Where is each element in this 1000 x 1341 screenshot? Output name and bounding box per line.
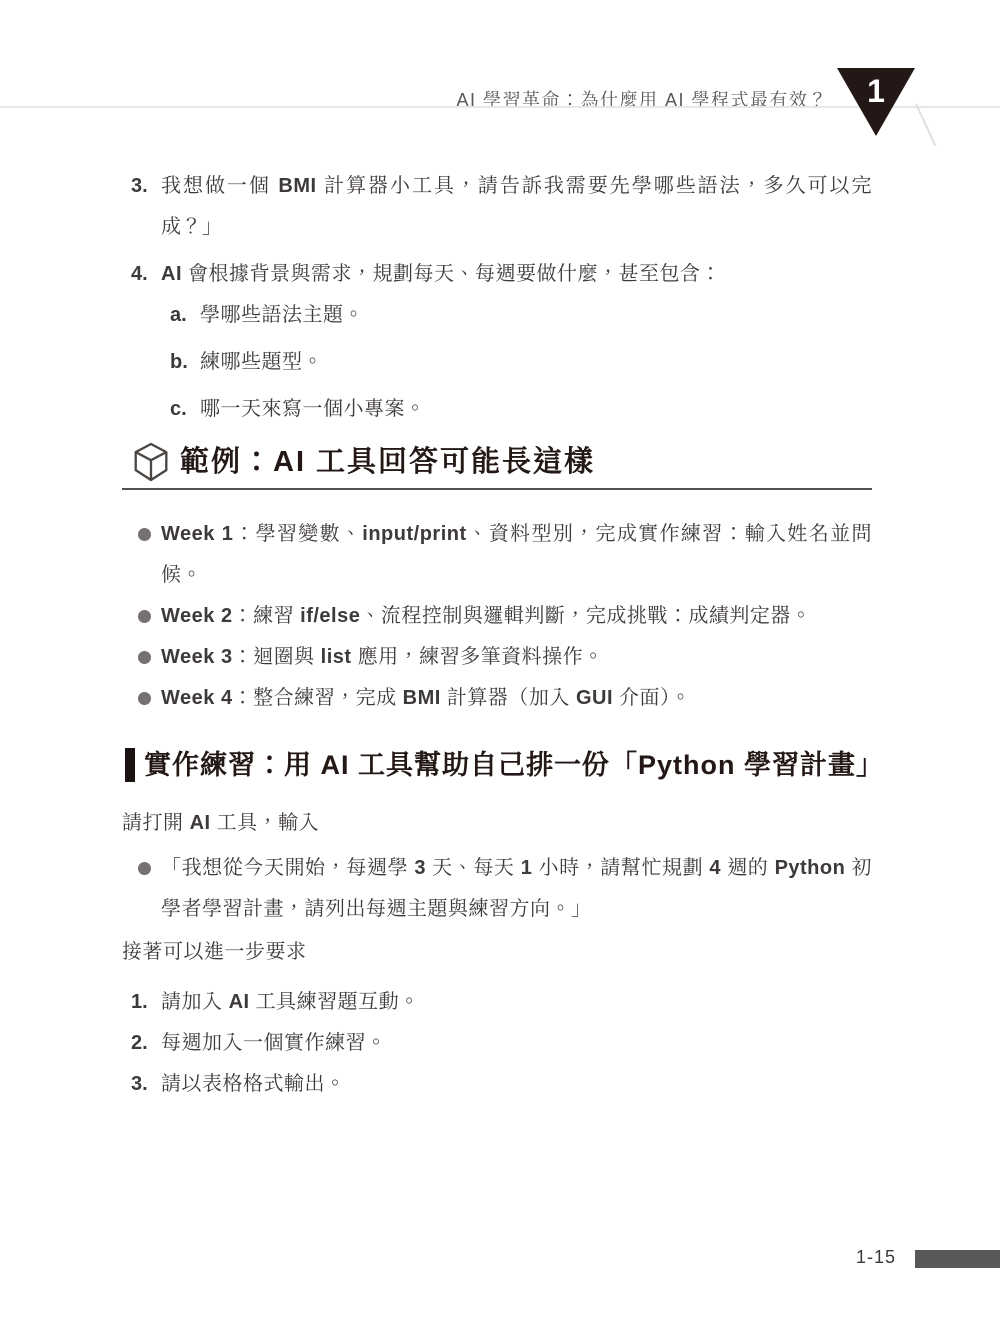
item-text: AI 會根據背景與需求，規劃每天、每週要做什麼，甚至包含： [161,254,872,295]
item-marker: 2. [122,1023,161,1064]
item-text: 「我想從今天開始，每週學 3 天、每天 1 小時，請幫忙規劃 4 週的 Pyth… [161,848,872,930]
list-item: 「我想從今天開始，每週學 3 天、每天 1 小時，請幫忙規劃 4 週的 Pyth… [122,848,872,930]
paragraph: 請打開 AI 工具，輸入 [122,803,872,844]
followup-numbered-list: 1. 請加入 AI 工具練習題互動。 2. 每週加入一個實作練習。 3. 請以表… [122,982,872,1105]
item-text: Week 1：學習變數、input/print、資料型別，完成實作練習：輸入姓名… [161,514,872,596]
item-marker: b. [161,342,200,383]
example-section-heading: 範例：AI 工具回答可能長這樣 [122,438,872,490]
quote-bullet-list: 「我想從今天開始，每週學 3 天、每天 1 小時，請幫忙規劃 4 週的 Pyth… [122,848,872,930]
practice-section-heading: 實作練習：用 AI 工具幫助自己排一份「Python 學習計畫」 [122,745,872,785]
list-item: Week 3：迴圈與 list 應用，練習多筆資料操作。 [122,637,872,678]
list-item: 4. AI 會根據背景與需求，規劃每天、每週要做什麼，甚至包含： [122,254,872,295]
list-item: 2. 每週加入一個實作練習。 [122,1023,872,1064]
bullet-icon [122,637,161,678]
list-item: Week 4：整合練習，完成 BMI 計算器（加入 GUI 介面）。 [122,678,872,719]
lettered-sublist: a. 學哪些語法主題。 b. 練哪些題型。 c. 哪一天來寫一個小專案。 [161,295,872,430]
item-text: 練哪些題型。 [200,342,872,383]
numbered-list: 3. 我想做一個 BMI 計算器小工具，請告訴我需要先學哪些語法，多久可以完成？… [122,166,872,430]
footer-bar [915,1250,1000,1268]
list-item: 3. 我想做一個 BMI 計算器小工具，請告訴我需要先學哪些語法，多久可以完成？… [122,166,872,248]
list-item: 1. 請加入 AI 工具練習題互動。 [122,982,872,1023]
list-item: Week 2：練習 if/else、流程控制與邏輯判斷，完成挑戰：成績判定器。 [122,596,872,637]
bullet-icon [122,596,161,637]
item-text: Week 4：整合練習，完成 BMI 計算器（加入 GUI 介面）。 [161,678,872,719]
list-item: b. 練哪些題型。 [161,342,872,383]
item-marker: a. [161,295,200,336]
bullet-icon [122,678,161,719]
page-number: 1-15 [856,1247,896,1268]
item-marker: 1. [122,982,161,1023]
item-marker: c. [161,389,200,430]
bullet-icon [122,514,161,596]
page-content: 3. 我想做一個 BMI 計算器小工具，請告訴我需要先學哪些語法，多久可以完成？… [122,0,872,1105]
item-text: 請加入 AI 工具練習題互動。 [161,982,872,1023]
list-item: Week 1：學習變數、input/print、資料型別，完成實作練習：輸入姓名… [122,514,872,596]
item-marker: 4. [122,254,161,295]
item-text: 學哪些語法主題。 [200,295,872,336]
list-item: 3. 請以表格格式輸出。 [122,1064,872,1105]
book-page: AI 學習革命：為什麼用 AI 學程式最有效？ 1 3. 我想做一個 BMI 計… [0,0,1000,1341]
item-text: Week 3：迴圈與 list 應用，練習多筆資料操作。 [161,637,872,678]
item-marker: 3. [122,166,161,248]
item-marker: 3. [122,1064,161,1105]
item-text: Week 2：練習 if/else、流程控制與邏輯判斷，完成挑戰：成績判定器。 [161,596,872,637]
paragraph: 接著可以進一步要求 [122,932,872,973]
item-text: 請以表格格式輸出。 [161,1064,872,1105]
item-text: 我想做一個 BMI 計算器小工具，請告訴我需要先學哪些語法，多久可以完成？」 [161,166,872,248]
list-item: a. 學哪些語法主題。 [161,295,872,336]
decorative-slash [915,104,936,147]
cube-icon [133,442,169,482]
section-title: 範例：AI 工具回答可能長這樣 [180,442,595,482]
item-text: 哪一天來寫一個小專案。 [200,389,872,430]
week-bullet-list: Week 1：學習變數、input/print、資料型別，完成實作練習：輸入姓名… [122,514,872,719]
section-title: 實作練習：用 AI 工具幫助自己排一份「Python 學習計畫」 [144,745,884,785]
heading-bar [125,748,135,782]
item-text: 每週加入一個實作練習。 [161,1023,872,1064]
list-item: c. 哪一天來寫一個小專案。 [161,389,872,430]
bullet-icon [122,848,161,930]
